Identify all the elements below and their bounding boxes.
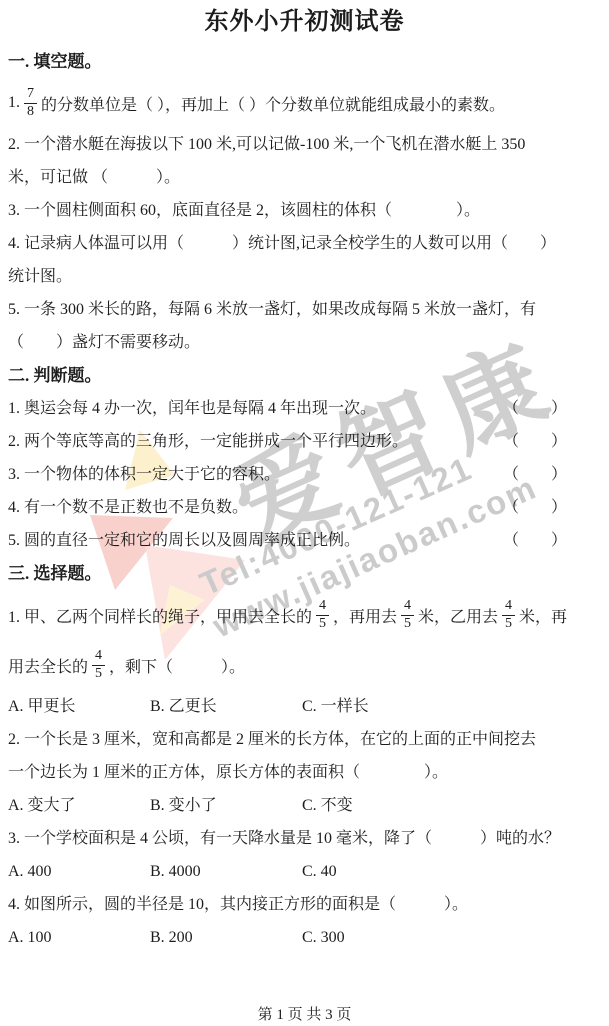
- fraction: 45: [92, 649, 105, 681]
- question-text: 2. 一个潜水艇在海拔以下 100 米,可以记做-100 米,一个飞机在潜水艇上…: [8, 136, 525, 153]
- question-text: ，剩下（ ）。: [109, 654, 245, 677]
- answer-blank: （ ）: [503, 392, 567, 425]
- section-heading: 一. 填空题。: [8, 45, 609, 78]
- question-text: 用去全长的: [8, 654, 88, 677]
- question-text: ，再用去: [333, 604, 397, 627]
- question-text: 3. 一个物体的体积一定大于它的容积。: [8, 458, 280, 491]
- question-text: 一个边长为 1 厘米的正方体，原长方体的表面积（ ）。: [8, 764, 448, 781]
- option-cell: C. 不变: [302, 789, 609, 822]
- question-line: 1. 甲、乙两个同样长的绳子，甲用去全长的45，再用去45米，乙用去45米，再: [8, 590, 609, 640]
- option-cell: B. 变小了: [150, 789, 302, 822]
- question-line: 2. 一个潜水艇在海拔以下 100 米,可以记做-100 米,一个飞机在潜水艇上…: [8, 128, 609, 161]
- question-line: 4. 记录病人体温可以用（ ）统计图,记录全校学生的人数可以用（ ）: [8, 227, 609, 260]
- question-line: 2. 一个长是 3 厘米，宽和高都是 2 厘米的长方体，在它的上面的正中间挖去: [8, 723, 609, 756]
- question-line: 统计图。: [8, 260, 609, 293]
- options-row: A. 变大了B. 变小了C. 不变: [8, 789, 609, 822]
- question-text: 3. 一个学校面积是 4 公顷，有一天降水量是 10 毫米，降了（ ）吨的水？: [8, 830, 560, 847]
- question-line: 一个边长为 1 厘米的正方体，原长方体的表面积（ ）。: [8, 756, 609, 789]
- question-line: 3. 一个圆柱侧面积 60，底面直径是 2，该圆柱的体积（ ）。: [8, 194, 609, 227]
- content: 东外小升初测试卷 一. 填空题。1. 78 的分数单位是（ ），再加上（ ）个分…: [0, 0, 609, 954]
- question-text: 1. 甲、乙两个同样长的绳子，甲用去全长的: [8, 604, 312, 627]
- option-cell: C. 300: [302, 921, 609, 954]
- option-cell: A. 100: [8, 921, 150, 954]
- question-text: 5. 圆的直径一定和它的周长以及圆周率成正比例。: [8, 524, 360, 557]
- question-text: 3. 一个圆柱侧面积 60，底面直径是 2，该圆柱的体积（ ）。: [8, 202, 480, 219]
- question-line: 4. 如图所示，圆的半径是 10，其内接正方形的面积是（ ）。: [8, 888, 609, 921]
- question-text: 1.: [8, 94, 20, 112]
- page-title: 东外小升初测试卷: [0, 6, 609, 38]
- question-text: （ ）盏灯不需要移动。: [8, 334, 200, 351]
- option-cell: A. 甲更长: [8, 690, 150, 723]
- question-text: 1. 奥运会每 4 办一次，闰年也是每隔 4 年出现一次。: [8, 392, 376, 425]
- fraction: 45: [502, 599, 515, 631]
- question-text: 统计图。: [8, 268, 72, 285]
- option-cell: B. 200: [150, 921, 302, 954]
- question-line: 3. 一个学校面积是 4 公顷，有一天降水量是 10 毫米，降了（ ）吨的水？: [8, 822, 609, 855]
- answer-blank: （ ）: [503, 458, 567, 491]
- fraction: 45: [401, 599, 414, 631]
- question-text: 2. 一个长是 3 厘米，宽和高都是 2 厘米的长方体，在它的上面的正中间挖去: [8, 731, 536, 748]
- options-row: A. 400B. 4000C. 40: [8, 855, 609, 888]
- question-line: 米，可记做 （ ）。: [8, 161, 609, 194]
- question-line: 用去全长的45，剩下（ ）。: [8, 640, 609, 690]
- section-heading: 三. 选择题。: [8, 557, 609, 590]
- question-text: 4. 记录病人体温可以用（ ）统计图,记录全校学生的人数可以用（ ）: [8, 235, 556, 252]
- option-cell: C. 40: [302, 855, 609, 888]
- question-text: 的分数单位是（ ），再加上（ ）个分数单位就能组成最小的素数。: [41, 92, 505, 115]
- fraction: 78: [24, 87, 37, 119]
- sections: 一. 填空题。1. 78 的分数单位是（ ），再加上（ ）个分数单位就能组成最小…: [8, 45, 609, 954]
- judge-row: 4. 有一个数不是正数也不是负数。（ ）: [8, 491, 609, 524]
- question-text: 米，再: [519, 604, 567, 627]
- judge-row: 2. 两个等底等高的三角形，一定能拼成一个平行四边形。（ ）: [8, 425, 609, 458]
- answer-blank: （ ）: [503, 491, 567, 524]
- option-cell: A. 400: [8, 855, 150, 888]
- page-number: 第 1 页 共 3 页: [0, 1003, 609, 1024]
- question-line: 5. 一条 300 米长的路，每隔 6 米放一盏灯，如果改成每隔 5 米放一盏灯…: [8, 293, 609, 326]
- question-text: 4. 有一个数不是正数也不是负数。: [8, 491, 248, 524]
- question-text: 米，乙用去: [418, 604, 498, 627]
- option-cell: B. 4000: [150, 855, 302, 888]
- judge-row: 3. 一个物体的体积一定大于它的容积。（ ）: [8, 458, 609, 491]
- option-cell: B. 乙更长: [150, 690, 302, 723]
- test-paper-page: 爱智康 Tel:4000-121-121 www.jiajiaoban.com …: [0, 0, 609, 1026]
- options-row: A. 100B. 200C. 300: [8, 921, 609, 954]
- option-cell: C. 一样长: [302, 690, 609, 723]
- question-text: 米，可记做 （ ）。: [8, 169, 180, 186]
- question-line: （ ）盏灯不需要移动。: [8, 326, 609, 359]
- judge-row: 5. 圆的直径一定和它的周长以及圆周率成正比例。（ ）: [8, 524, 609, 557]
- question-text: 4. 如图所示，圆的半径是 10，其内接正方形的面积是（ ）。: [8, 896, 468, 913]
- answer-blank: （ ）: [503, 425, 567, 458]
- options-row: A. 甲更长B. 乙更长C. 一样长: [8, 690, 609, 723]
- question-text: 2. 两个等底等高的三角形，一定能拼成一个平行四边形。: [8, 425, 408, 458]
- option-cell: A. 变大了: [8, 789, 150, 822]
- answer-blank: （ ）: [503, 524, 567, 557]
- judge-row: 1. 奥运会每 4 办一次，闰年也是每隔 4 年出现一次。（ ）: [8, 392, 609, 425]
- fraction: 45: [316, 599, 329, 631]
- section-heading: 二. 判断题。: [8, 359, 609, 392]
- question-line: 1. 78 的分数单位是（ ），再加上（ ）个分数单位就能组成最小的素数。: [8, 78, 609, 128]
- question-text: 5. 一条 300 米长的路，每隔 6 米放一盏灯，如果改成每隔 5 米放一盏灯…: [8, 301, 536, 318]
